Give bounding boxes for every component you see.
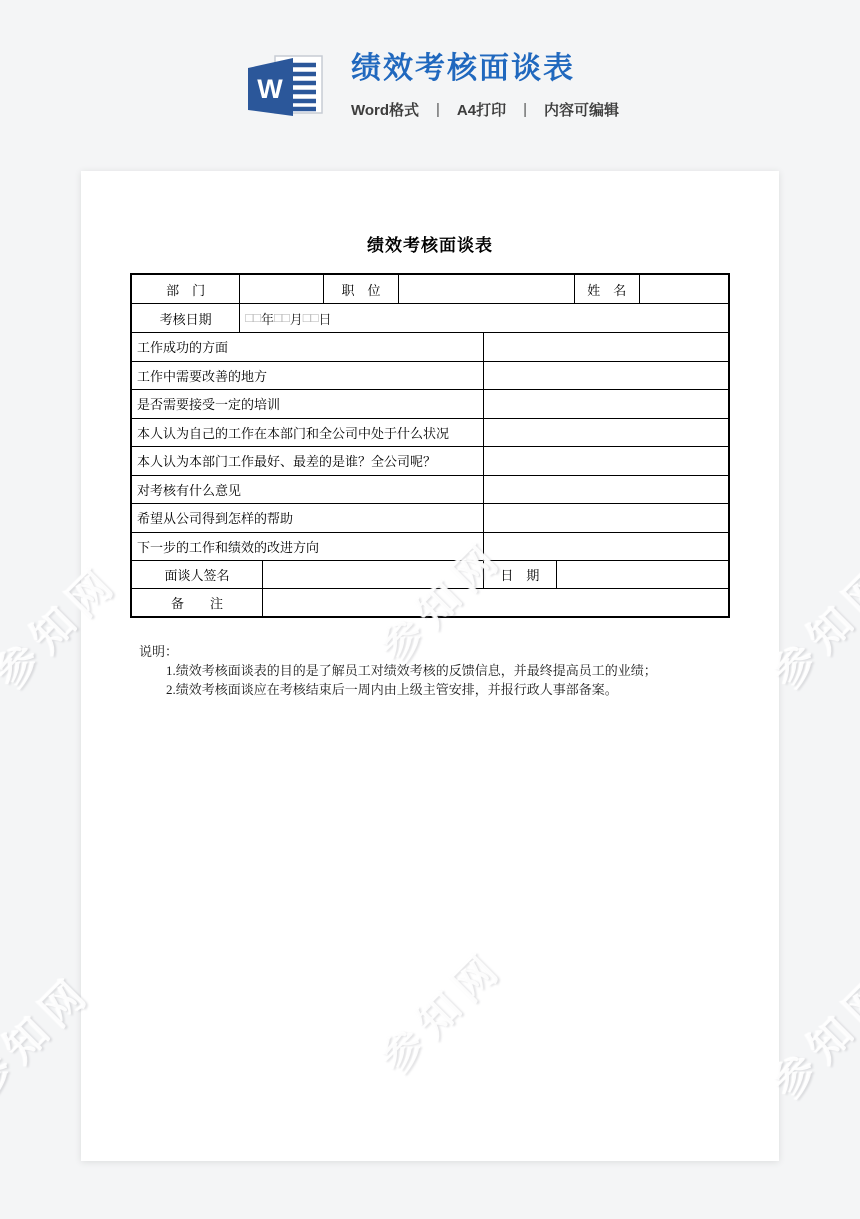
question-label: 工作中需要改善的地方 xyxy=(132,362,483,390)
feature-a4-print: A4打印 xyxy=(457,99,506,120)
question-answer-cell xyxy=(483,419,728,447)
position-label: 职 位 xyxy=(323,275,399,303)
table-row-question: 下一步的工作和绩效的改进方向 xyxy=(132,532,728,561)
question-label: 希望从公司得到怎样的帮助 xyxy=(132,504,483,532)
question-label: 工作成功的方面 xyxy=(132,333,483,361)
remark-value-cell xyxy=(262,589,728,616)
dept-label: 部 门 xyxy=(132,275,239,303)
date-day-boxes: □□ xyxy=(303,310,319,326)
question-answer-cell xyxy=(483,533,728,561)
question-answer-cell xyxy=(483,476,728,504)
question-answer-cell xyxy=(483,504,728,532)
date-year-char: 年 xyxy=(261,309,274,328)
feature-separator: | xyxy=(436,101,440,118)
appraisal-date-value: □□年□□月□□日 xyxy=(239,304,728,332)
date-year-boxes: □□ xyxy=(245,310,261,326)
feature-word-format: Word格式 xyxy=(351,99,419,120)
note-item-1: 1.绩效考核面谈表的目的是了解员工对绩效考核的反馈信息，并最终提高员工的业绩； xyxy=(166,661,779,680)
table-row-question: 希望从公司得到怎样的帮助 xyxy=(132,503,728,532)
date-month-char: 月 xyxy=(290,309,303,328)
question-label: 本人认为自己的工作在本部门和全公司中处于什么状况 xyxy=(132,419,483,447)
question-label: 是否需要接受一定的培训 xyxy=(132,390,483,418)
header-text-block: 绩效考核面谈表 Word格式 | A4打印 | 内容可编辑 xyxy=(351,52,619,120)
table-row-question: 本人认为本部门工作最好、最差的是谁？全公司呢？ xyxy=(132,446,728,475)
question-answer-cell xyxy=(483,447,728,475)
signature-value-cell xyxy=(262,561,483,588)
appraisal-form-table: 部 门 职 位 姓 名 考核日期 □□年□□月□□日 工作成功的方面 工作中需要… xyxy=(130,273,730,618)
note-item-2: 2.绩效考核面谈应在考核结束后一周内由上级主管安排，并报行政人事部备案。 xyxy=(166,680,779,699)
table-row-question: 工作成功的方面 xyxy=(132,332,728,361)
feature-separator: | xyxy=(523,101,527,118)
table-row-question: 工作中需要改善的地方 xyxy=(132,361,728,390)
position-value-cell xyxy=(398,275,574,303)
table-row-remark: 备 注 xyxy=(132,588,728,616)
question-answer-cell xyxy=(483,362,728,390)
name-label: 姓 名 xyxy=(574,275,639,303)
word-logo-letter: W xyxy=(257,74,283,104)
question-answer-cell xyxy=(483,333,728,361)
sign-date-label: 日 期 xyxy=(483,561,557,588)
table-row-question: 是否需要接受一定的培训 xyxy=(132,389,728,418)
template-features: Word格式 | A4打印 | 内容可编辑 xyxy=(351,99,619,120)
sign-date-value-cell xyxy=(556,561,728,588)
table-row-identity: 部 门 职 位 姓 名 xyxy=(132,275,728,303)
table-row-question: 本人认为自己的工作在本部门和全公司中处于什么状况 xyxy=(132,418,728,447)
question-label: 本人认为本部门工作最好、最差的是谁？全公司呢？ xyxy=(132,447,483,475)
document-page: 绩效考核面谈表 部 门 职 位 姓 名 考核日期 □□年□□月□□日 工作成功的… xyxy=(81,171,779,1161)
word-logo-icon: W xyxy=(241,53,325,119)
question-label: 对考核有什么意见 xyxy=(132,476,483,504)
notes-heading: 说明： xyxy=(139,642,779,661)
date-day-char: 日 xyxy=(318,309,331,328)
template-title: 绩效考核面谈表 xyxy=(351,52,575,86)
table-row-date: 考核日期 □□年□□月□□日 xyxy=(132,303,728,332)
dept-value-cell xyxy=(239,275,322,303)
document-title: 绩效考核面谈表 xyxy=(81,171,779,256)
appraisal-date-label: 考核日期 xyxy=(132,304,239,332)
notes-section: 说明： 1.绩效考核面谈表的目的是了解员工对绩效考核的反馈信息，并最终提高员工的… xyxy=(139,642,779,699)
question-answer-cell xyxy=(483,390,728,418)
site-header: W 绩效考核面谈表 Word格式 | A4打印 | 内容可编辑 xyxy=(0,0,860,120)
remark-label: 备 注 xyxy=(132,589,262,616)
table-row-signature: 面谈人签名 日 期 xyxy=(132,560,728,588)
name-value-cell xyxy=(639,275,728,303)
question-label: 下一步的工作和绩效的改进方向 xyxy=(132,533,483,561)
interviewer-signature-label: 面谈人签名 xyxy=(132,561,262,588)
date-month-boxes: □□ xyxy=(274,310,290,326)
table-row-question: 对考核有什么意见 xyxy=(132,475,728,504)
feature-editable: 内容可编辑 xyxy=(544,99,619,120)
